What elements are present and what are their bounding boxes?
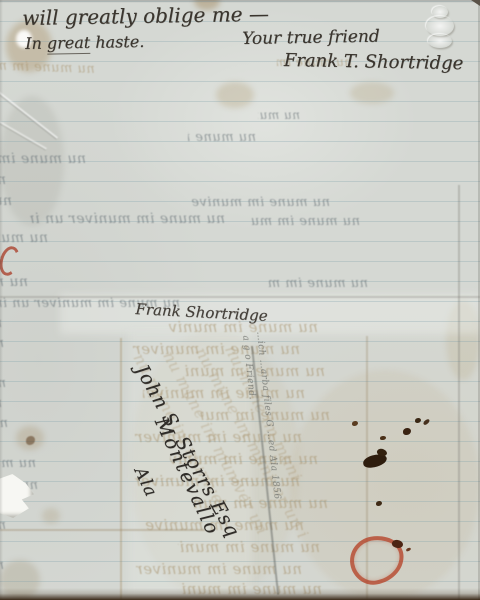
red-ring-left-edge (0, 244, 23, 278)
embossed-seal-bottom (428, 34, 452, 48)
fold-crease-horizontal (0, 529, 205, 531)
stain (0, 560, 40, 600)
bleedthrough-line: nu mune im muniver un imme nuin mumir in… (190, 195, 330, 211)
bleedthrough-line: nu mune im muniver un imme nuin mumir in… (0, 316, 2, 332)
bleedthrough-line: nu mune im muniver un imme nuin mumir in… (30, 211, 225, 229)
bleedthrough-line: nu mune im muniver un imme nuin mumir in… (0, 518, 6, 534)
top-right-corner-sliver (471, 0, 480, 6)
stain (0, 96, 64, 226)
fold-crease-vertical (120, 338, 122, 600)
stain (216, 82, 254, 108)
bleedthrough-line: nu mune im muniver un imme nuin mumir in… (0, 416, 8, 432)
stain (350, 82, 394, 104)
letter-scan-page: nu mune im muniver un imme nuin mumir in… (0, 0, 480, 600)
bleedthrough-line: nu mune im muniver un imme nuin mumir in… (258, 108, 300, 123)
fold-crease-horizontal (0, 296, 480, 298)
bleedthrough-line: nu mune im muniver un imme nuin mumir in… (188, 130, 256, 146)
bleedthrough-line: nu mune im muniver un imme nuin mumir in… (250, 214, 360, 230)
bleedthrough-line: nu mune im muniver un imme nuin mumir in… (0, 336, 4, 352)
bleedthrough-line: nu mune im muniver un imme nuin mumir in… (0, 376, 6, 392)
stain (42, 508, 60, 524)
bleedthrough-line: nu mune im muniver un imme nuin mumir in… (0, 456, 36, 472)
bleedthrough-line: nu mune im muniver un imme nuin mumir in… (268, 276, 368, 292)
haste-prefix: In (25, 34, 47, 53)
bleedthrough-line: nu mune im muniver un imme nuin mumir in… (0, 274, 28, 292)
haste-suffix: haste. (90, 32, 144, 52)
closing-line: will greatly oblige me — (22, 2, 269, 30)
bleedthrough-line: nu mune im muniver un imme nuin mumir in… (0, 230, 48, 248)
embossed-seal-middle (426, 16, 454, 36)
torn-hole (0, 474, 34, 518)
haste-underlined-word: great (47, 33, 91, 55)
fold-light-band (60, 294, 480, 334)
embossed-seal (420, 4, 460, 52)
signature: Frank T. Shortridge (284, 50, 464, 74)
haste-line: In great haste. (25, 32, 144, 53)
valediction: Your true friend (242, 27, 380, 49)
bleedthrough-line: nu mune im muniver un imme nuin mumir in… (0, 396, 2, 412)
fold-crease-vertical (458, 185, 460, 600)
